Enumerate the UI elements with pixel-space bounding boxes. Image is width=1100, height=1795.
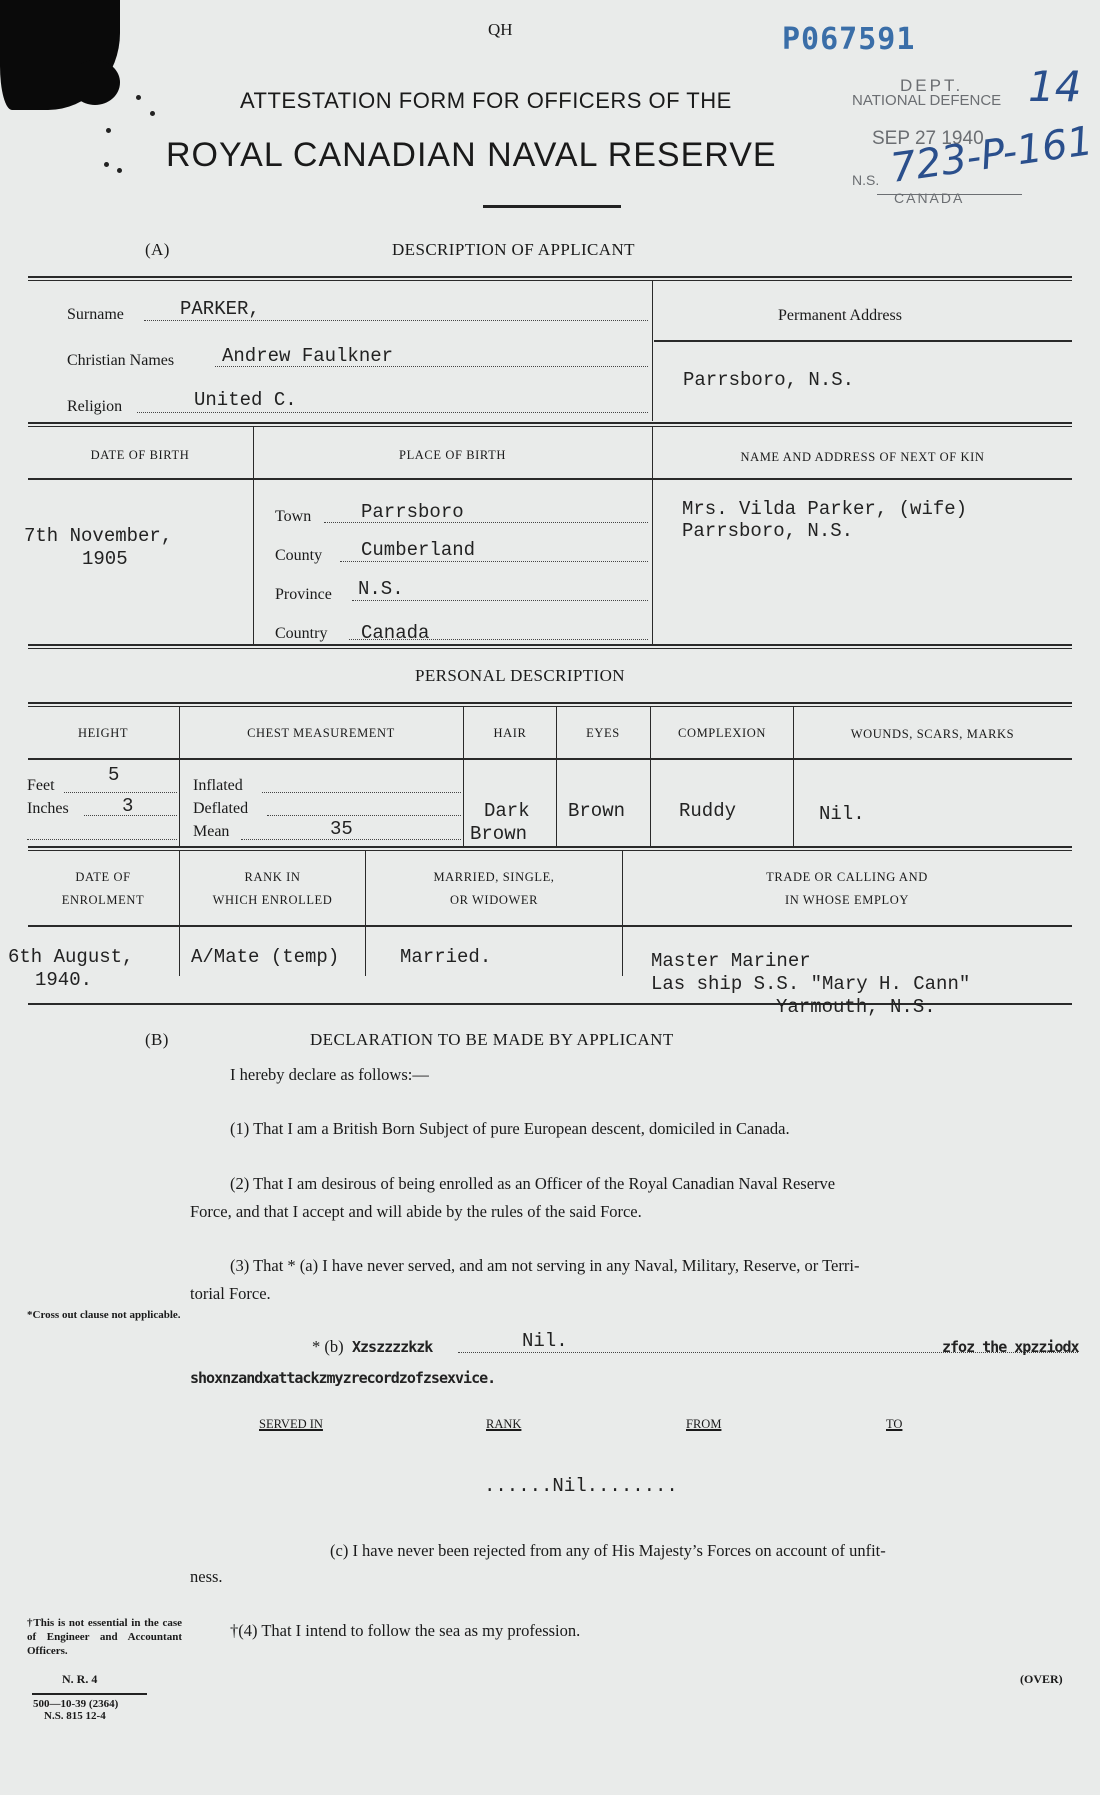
section-a-title: DESCRIPTION OF APPLICANT: [392, 240, 635, 260]
trade-line3: Yarmouth, N.S.: [776, 996, 936, 1018]
clause-3c-line1: (c) I have never been rejected from any …: [330, 1537, 886, 1565]
province-label: Province: [275, 586, 332, 604]
surname-fill-line: [144, 320, 648, 321]
country-value: Canada: [361, 622, 429, 644]
surname-label: Surname: [67, 306, 124, 324]
form-title-line2: ROYAL CANADIAN NAVAL RESERVE: [166, 136, 777, 175]
header-wounds: WOUNDS, SCARS, MARKS: [795, 727, 1070, 742]
archive-stamp-number: P067591: [782, 22, 915, 57]
header-marital-line1: MARRIED, SINGLE,: [367, 870, 621, 885]
religion-value: United C.: [194, 389, 297, 411]
pin-hole: [150, 111, 155, 116]
service-header-from: FROM: [686, 1417, 721, 1432]
enrolment-date-line2: 1940.: [35, 969, 92, 991]
next-of-kin-line2: Parrsboro, N.S.: [682, 520, 853, 542]
handwritten-page-number: 14: [1028, 62, 1081, 111]
header-chest: CHEST MEASUREMENT: [181, 726, 461, 741]
column-divider: [793, 707, 794, 847]
inflated-label: Inflated: [193, 777, 243, 795]
religion-label: Religion: [67, 398, 122, 416]
declaration-intro: I hereby declare as follows:—: [230, 1061, 429, 1089]
wounds-value: Nil.: [819, 803, 865, 825]
top-code: QH: [488, 20, 513, 40]
province-value: N.S.: [358, 578, 404, 600]
stamp-country: CANADA: [894, 190, 964, 206]
header-rank-line1: RANK IN: [181, 870, 364, 885]
service-header-served-in: SERVED IN: [259, 1417, 323, 1432]
print-code-line2: N.S. 815 12-4: [44, 1710, 106, 1722]
clause-3b-struck-end: zfoz the xpzziodx: [942, 1338, 1079, 1356]
next-of-kin-line1: Mrs. Vilda Parker, (wife): [682, 498, 967, 520]
trade-line1: Master Mariner: [651, 950, 811, 972]
header-trade-line2: IN WHOSE EMPLOY: [624, 893, 1070, 908]
service-header-to: TO: [886, 1417, 902, 1432]
pin-hole: [106, 128, 111, 133]
complexion-value: Ruddy: [679, 800, 736, 822]
enrolment-date-line1: 6th August,: [8, 946, 133, 968]
town-label: Town: [275, 508, 311, 526]
column-divider: [622, 851, 623, 976]
province-fill-line: [352, 600, 648, 601]
mean-label: Mean: [193, 823, 229, 841]
column-divider: [556, 707, 557, 847]
margin-note-dagger: †This is not essential in the case of En…: [27, 1617, 182, 1658]
date-of-birth-line2: 1905: [82, 548, 128, 570]
header-date-of-enrolment-line1: DATE OF: [28, 870, 178, 885]
pin-hole: [117, 168, 122, 173]
clause-3b-typed-value: Nil.: [522, 1330, 568, 1352]
feet-fill-line: [64, 792, 177, 793]
mean-value: 35: [330, 818, 353, 840]
stamp-ns-prefix: N.S.: [852, 172, 879, 188]
column-divider: [179, 851, 180, 976]
inches-value: 3: [122, 795, 133, 817]
column-divider: [652, 281, 653, 421]
surname-value: PARKER,: [180, 298, 260, 320]
county-value: Cumberland: [361, 539, 475, 561]
form-title-line1: ATTESTATION FORM FOR OFFICERS OF THE: [240, 88, 732, 114]
trade-line2: Las ship S.S. "Mary H. Cann": [651, 973, 970, 995]
eyes-value: Brown: [568, 800, 625, 822]
inflated-fill-line: [262, 792, 461, 793]
clause-1: (1) That I am a British Born Subject of …: [230, 1115, 790, 1143]
permanent-address-label: Permanent Address: [778, 307, 902, 325]
christian-names-value: Andrew Faulkner: [222, 345, 393, 367]
double-rule: [28, 702, 1072, 707]
torn-corner-lobe: [70, 60, 120, 105]
pin-hole: [136, 95, 141, 100]
double-rule: [28, 644, 1072, 649]
section-a-marker: (A): [145, 240, 170, 260]
header-complexion: COMPLEXION: [652, 726, 792, 741]
column-divider: [463, 707, 464, 847]
column-divider: [179, 707, 180, 847]
title-rule: [483, 205, 621, 208]
town-value: Parrsboro: [361, 501, 464, 523]
column-divider: [253, 427, 254, 645]
header-next-of-kin: NAME AND ADDRESS OF NEXT OF KIN: [655, 450, 1070, 465]
date-of-birth-line1: 7th November,: [24, 525, 172, 547]
feet-value: 5: [108, 764, 119, 786]
religion-fill-line: [137, 412, 648, 413]
margin-note-cross-out: *Cross out clause not applicable.: [27, 1305, 187, 1326]
county-label: County: [275, 547, 322, 565]
header-rank-line2: WHICH ENROLLED: [181, 893, 364, 908]
clause-2-line1: (2) That I am desirous of being enrolled…: [230, 1170, 835, 1198]
marital-value: Married.: [400, 946, 491, 968]
personal-description-title: PERSONAL DESCRIPTION: [415, 666, 625, 686]
header-hair: HAIR: [465, 726, 555, 741]
print-code-line1: 500—10-39 (2364): [33, 1698, 118, 1710]
service-record-value: ......Nil........: [484, 1475, 678, 1497]
county-fill-line: [340, 561, 648, 562]
clause-4: †(4) That I intend to follow the sea as …: [230, 1617, 580, 1645]
feet-label: Feet: [27, 777, 55, 795]
header-eyes: EYES: [558, 726, 648, 741]
deflated-label: Deflated: [193, 800, 248, 818]
row-divider: [28, 925, 1072, 927]
clause-3a-line1: (3) That * (a) I have never served, and …: [230, 1252, 859, 1280]
double-rule: [28, 422, 1072, 427]
section-b-marker: (B): [145, 1030, 169, 1050]
clause-2-line2: Force, and that I accept and will abide …: [190, 1198, 642, 1226]
header-place-of-birth: PLACE OF BIRTH: [255, 448, 650, 463]
column-divider: [652, 427, 653, 645]
section-b-title: DECLARATION TO BE MADE BY APPLICANT: [310, 1030, 674, 1050]
header-date-of-enrolment-line2: ENROLMENT: [28, 893, 178, 908]
header-height: HEIGHT: [28, 726, 178, 741]
over-indicator: (OVER): [1020, 1672, 1063, 1687]
inches-label: Inches: [27, 800, 69, 818]
country-label: Country: [275, 625, 327, 643]
clause-3a-line2: torial Force.: [190, 1280, 271, 1308]
header-marital-line2: OR WIDOWER: [367, 893, 621, 908]
deflated-fill-line: [267, 815, 461, 816]
hair-line2: Brown: [470, 823, 527, 845]
service-header-rank: RANK: [486, 1417, 521, 1432]
double-rule: [28, 276, 1072, 281]
rank-value: A/Mate (temp): [191, 946, 339, 968]
header-trade-line1: TRADE OR CALLING AND: [624, 870, 1070, 885]
form-number: N. R. 4: [62, 1672, 97, 1687]
stamp-dept-name: NATIONAL DEFENCE: [852, 92, 1001, 109]
clause-3b-struck-text: Xzszzzzkzk: [352, 1338, 432, 1356]
column-divider: [365, 851, 366, 976]
clause-3b-prefix: * (b): [312, 1333, 344, 1361]
hair-line1: Dark: [484, 800, 530, 822]
double-rule: [28, 846, 1072, 851]
header-date-of-birth: DATE OF BIRTH: [30, 448, 250, 463]
column-divider: [650, 707, 651, 847]
row-divider: [28, 758, 1072, 760]
row-divider: [28, 478, 1072, 480]
permanent-address-value: Parrsboro, N.S.: [683, 369, 854, 391]
height-extra-fill-line: [27, 839, 177, 840]
christian-names-label: Christian Names: [67, 352, 174, 370]
clause-3b-struck-line2: shoxnzandxattackzmyzrecordzofzsexvice.: [190, 1369, 495, 1387]
footer-rule: [32, 1693, 147, 1695]
pin-hole: [104, 162, 109, 167]
row-divider: [654, 340, 1072, 342]
clause-3c-line2: ness.: [190, 1563, 223, 1591]
